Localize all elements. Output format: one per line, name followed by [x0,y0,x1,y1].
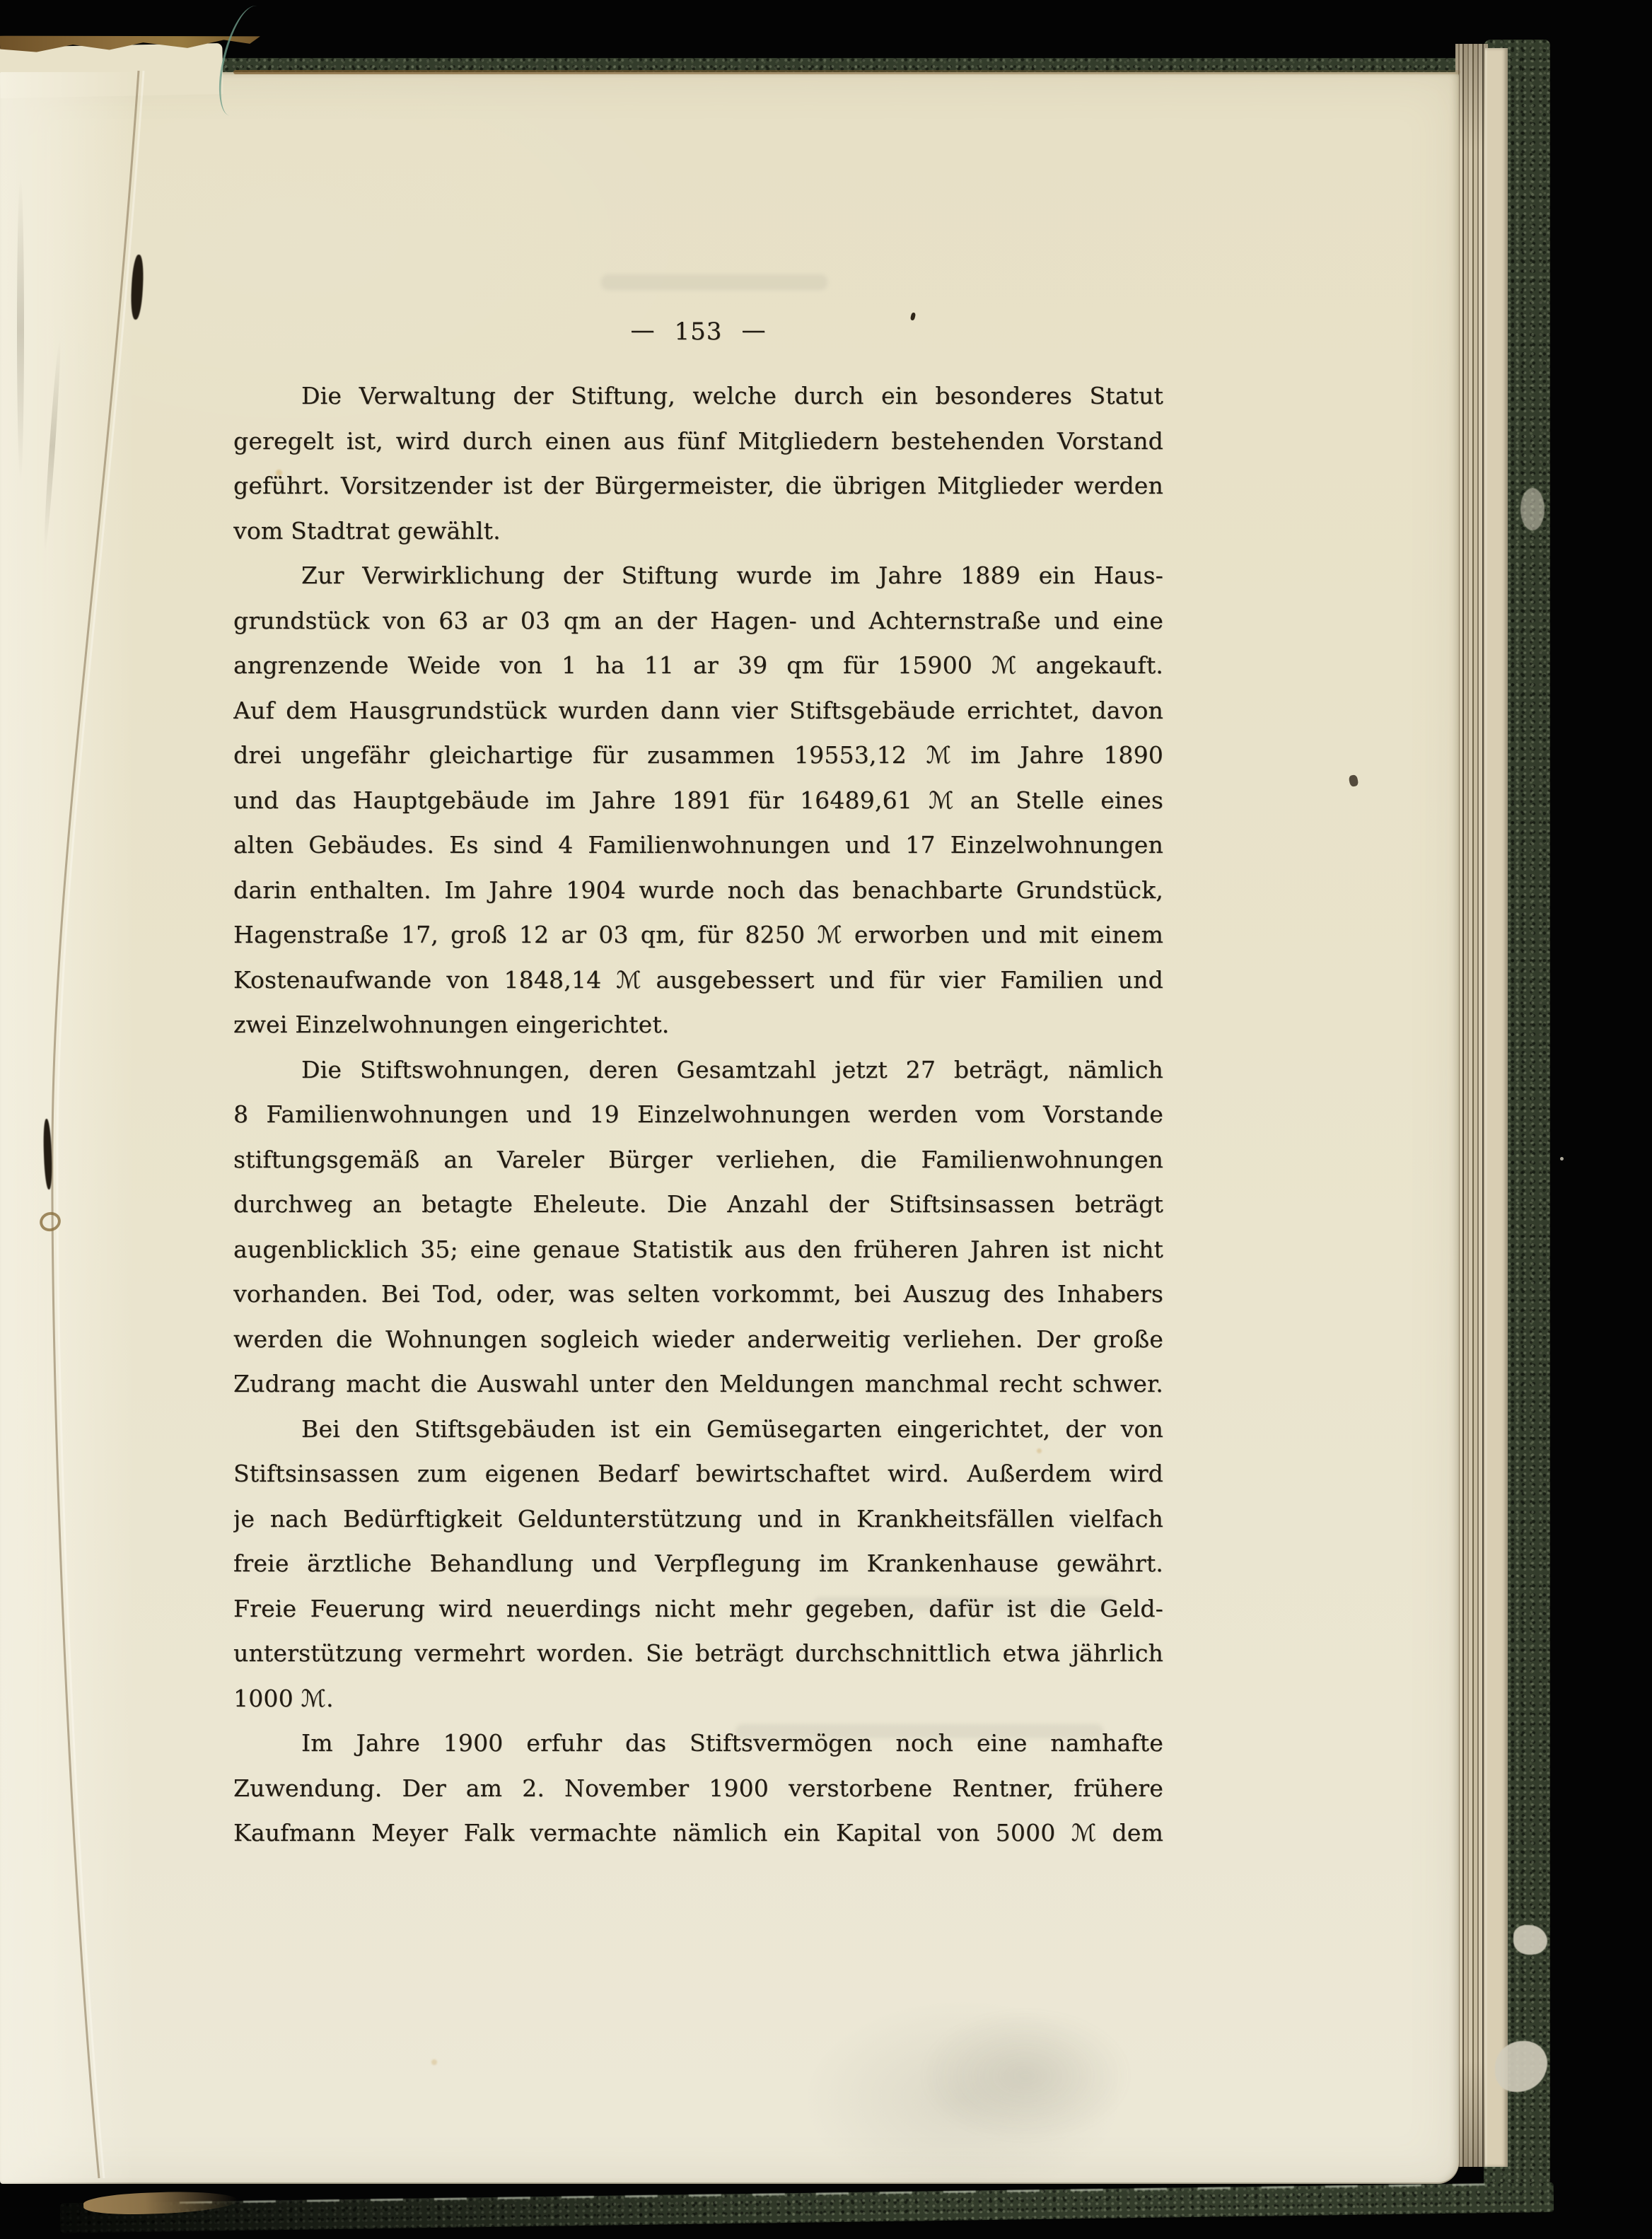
header-left-dash: — [631,316,656,344]
page-number-heading: —153— [233,310,1163,354]
text-line: grundstück von 63 ar 03 qm an der Hagen-… [233,598,1163,644]
cover-wear-patch [1513,1925,1547,1955]
text-line: stiftungsgemäß an Vareler Bürger verlieh… [233,1137,1163,1182]
text-line: Stiftsinsassen zum eigenen Bedarf bewirt… [233,1451,1163,1496]
text-line: drei ungefähr gleichartige für zusammen … [233,733,1163,778]
text-line: Die Verwaltung der Stiftung, welche durc… [233,373,1163,419]
text-line: je nach Bedürftigkeit Geldunterstützung … [233,1496,1163,1542]
text-line: vorhanden. Bei Tod, oder, was selten vor… [233,1272,1163,1317]
underlying-page-edge [1485,48,1508,2167]
text-line: angrenzende Weide von 1 ha 11 ar 39 qm f… [233,643,1163,688]
text-line: Im Jahre 1900 erfuhr das Stiftsvermögen … [233,1721,1163,1766]
text-line: durchweg an betagte Eheleute. Die Anzahl… [233,1182,1163,1227]
cover-wear-patch [1520,488,1545,530]
page-number: 153 [675,318,723,346]
text-line: vom Stadtrat gewählt. [233,508,1163,554]
text-line: Hagenstraße 17, groß 12 ar 03 qm, für 82… [233,912,1163,958]
text-line: werden die Wohnungen sogleich wieder and… [233,1317,1163,1362]
text-line: alten Gebäudes. Es sind 4 Familienwohnun… [233,822,1163,868]
text-line: Zudrang macht die Auswahl unter den Meld… [233,1361,1163,1407]
text-line: unterstützung vermehrt worden. Sie beträ… [233,1631,1163,1676]
text-line: Bei den Stiftsgebäuden ist ein Gemüsegar… [233,1407,1163,1452]
text-line: Die Stiftswohnungen, deren Gesamtzahl je… [233,1047,1163,1093]
scanned-book-page-photo: —153— Die Verwaltung der Stiftung, welch… [0,0,1652,2239]
text-line: augenblicklich 35; eine genaue Statistik… [233,1227,1163,1272]
text-line: Freie Feuerung wird neuerdings nicht meh… [233,1586,1163,1632]
foxing-spot [431,2059,437,2065]
show-through-text [601,274,827,290]
text-line: Zur Verwirklichung der Stiftung wurde im… [233,553,1163,598]
text-line: Kostenaufwande von 1848,14 ℳ ausgebesser… [233,958,1163,1003]
text-line: darin enthalten. Im Jahre 1904 wurde noc… [233,868,1163,913]
text-line: 1000 ℳ. [233,1676,1163,1721]
text-line: freie ärztliche Behandlung und Verpflegu… [233,1541,1163,1586]
page-stack-fore-edge [1455,44,1488,2167]
text-line: 8 Familienwohnungen und 19 Einzelwohnung… [233,1092,1163,1137]
text-line: geführt. Vorsitzender ist der Bürgermeis… [233,463,1163,508]
dust-speck [1560,1157,1564,1161]
gutter-crease [0,42,184,2192]
text-line: und das Hauptgebäude im Jahre 1891 für 1… [233,778,1163,823]
text-column: —153— Die Verwaltung der Stiftung, welch… [233,310,1163,1856]
text-line: Kaufmann Meyer Falk vermachte nämlich ei… [233,1810,1163,1856]
gray-smudge [919,2008,1132,2143]
text-line: zwei Einzelwohnungen eingerichtet. [233,1002,1163,1047]
book-cover-bottom-edge [60,2182,1554,2233]
text-line: geregelt ist, wird durch einen aus fünf … [233,419,1163,464]
text-line: Auf dem Hausgrundstück wurden dann vier … [233,688,1163,733]
page-top-edge-shadow [233,70,1460,74]
header-right-dash: — [741,316,766,344]
text-line: Zuwendung. Der am 2. November 1900 verst… [233,1766,1163,1811]
